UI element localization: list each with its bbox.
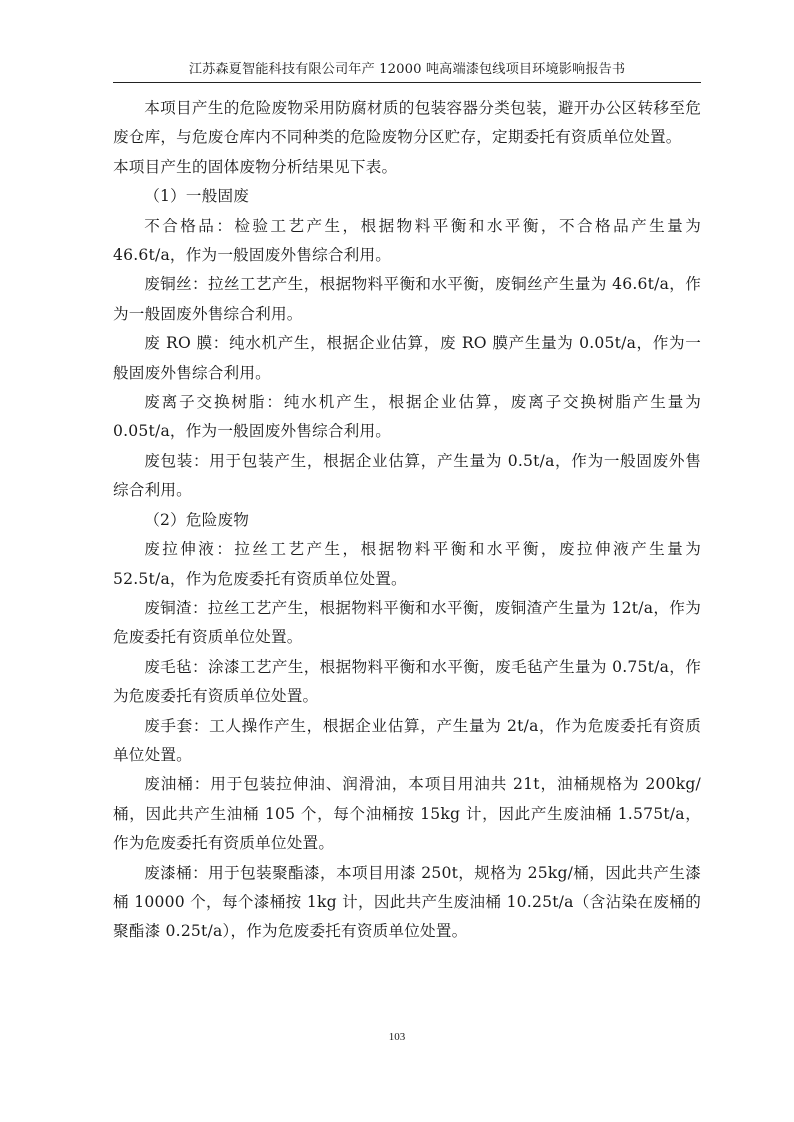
waste-item-paragraph: 不合格品：检验工艺产生，根据物料平衡和水平衡，不合格品产生量为 46.6t/a，…	[113, 212, 701, 271]
waste-item-paragraph: 废手套：工人操作产生，根据企业估算，产生量为 2t/a，作为危废委托有资质单位处…	[113, 712, 701, 771]
waste-item-paragraph: 废铜渣：拉丝工艺产生，根据物料平衡和水平衡，废铜渣产生量为 12t/a，作为危废…	[113, 594, 701, 653]
section-general-solid-waste: （1）一般固废 不合格品：检验工艺产生，根据物料平衡和水平衡，不合格品产生量为 …	[113, 182, 701, 505]
document-body: 本项目产生的危险废物采用防腐材质的包装容器分类包装，避开办公区转移至危废仓库，与…	[113, 94, 701, 947]
page-number: 103	[0, 1030, 794, 1044]
waste-item-paragraph: 废包装：用于包装产生，根据企业估算，产生量为 0.5t/a，作为一般固废外售综合…	[113, 447, 701, 506]
waste-item-paragraph: 废漆桶：用于包装聚酯漆，本项目用漆 250t，规格为 25kg/桶，因此共产生漆…	[113, 859, 701, 947]
page-header: 江苏森夏智能科技有限公司年产 12000 吨高端漆包线项目环境影响报告书	[113, 58, 701, 83]
intro-tail-paragraph: 本项目产生的固体废物分析结果见下表。	[113, 153, 701, 182]
waste-item-paragraph: 废 RO 膜：纯水机产生，根据企业估算，废 RO 膜产生量为 0.05t/a，作…	[113, 329, 701, 388]
intro-paragraph: 本项目产生的危险废物采用防腐材质的包装容器分类包装，避开办公区转移至危废仓库，与…	[113, 94, 701, 153]
waste-item-paragraph: 废铜丝：拉丝工艺产生，根据物料平衡和水平衡，废铜丝产生量为 46.6t/a，作为…	[113, 270, 701, 329]
section-heading: （1）一般固废	[113, 182, 701, 211]
section-hazardous-waste: （2）危险废物 废拉伸液：拉丝工艺产生，根据物料平衡和水平衡，废拉伸液产生量为 …	[113, 506, 701, 947]
waste-item-paragraph: 废油桶：用于包装拉伸油、润滑油，本项目用油共 21t，油桶规格为 200kg/桶…	[113, 770, 701, 858]
waste-item-paragraph: 废离子交换树脂：纯水机产生，根据企业估算，废离子交换树脂产生量为 0.05t/a…	[113, 388, 701, 447]
waste-item-paragraph: 废拉伸液：拉丝工艺产生，根据物料平衡和水平衡，废拉伸液产生量为 52.5t/a，…	[113, 535, 701, 594]
document-title: 江苏森夏智能科技有限公司年产 12000 吨高端漆包线项目环境影响报告书	[189, 62, 625, 77]
section-heading: （2）危险废物	[113, 506, 701, 535]
waste-item-paragraph: 废毛毡：涂漆工艺产生，根据物料平衡和水平衡，废毛毡产生量为 0.75t/a，作为…	[113, 653, 701, 712]
